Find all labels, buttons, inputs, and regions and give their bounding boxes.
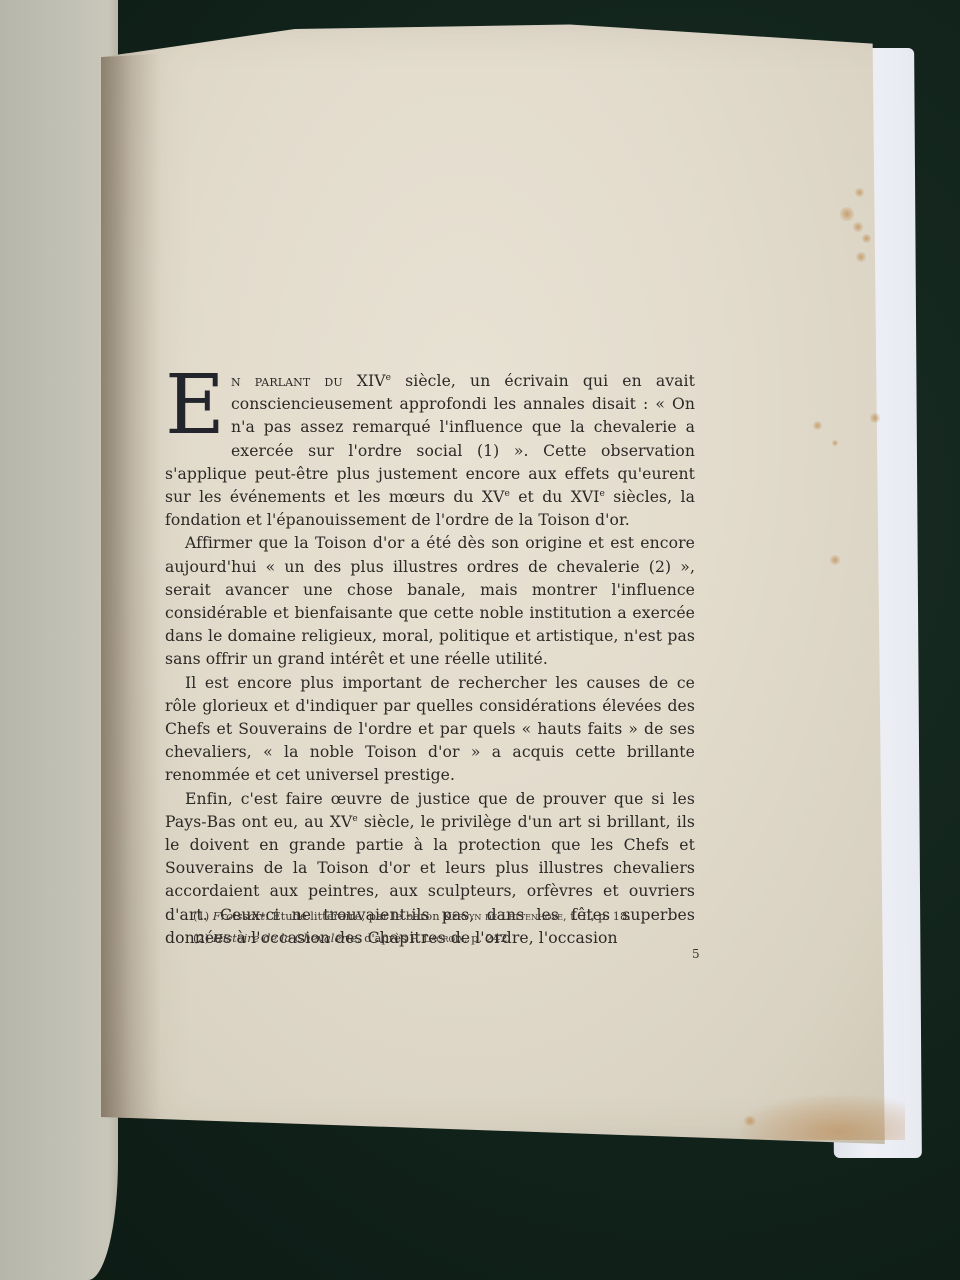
foxing-spot (853, 222, 863, 232)
footnote-text: , t. II, p. 18. (563, 909, 631, 923)
footnote-text: . Étude littéraire, par le baron (265, 909, 443, 923)
footnote-marker: (1) (193, 909, 209, 923)
page-number: 5 (692, 947, 700, 961)
foxing-spot (855, 188, 864, 197)
footnote-marker: (2) (193, 931, 209, 945)
paragraph-1-lead: n parlant du XIV (231, 372, 386, 390)
foxing-stain (740, 1095, 905, 1140)
foxing-spot (870, 413, 880, 423)
paragraph-3: Il est encore plus important de recherch… (165, 672, 695, 788)
footnote-1: (1) Froissart. Étude littéraire, par le … (193, 905, 713, 927)
body-text: En parlant du XIVe siècle, un écrivain q… (165, 370, 695, 950)
drop-cap: E (165, 374, 225, 440)
photo-scene: En parlant du XIVe siècle, un écrivain q… (0, 0, 960, 1280)
paragraph-1-text-b: et du XVI (510, 488, 600, 506)
footnote-author: Kervyn de Lettenhove (443, 909, 563, 923)
foxing-spot (856, 252, 866, 262)
left-facing-page (0, 0, 118, 1280)
foxing-spot (862, 234, 871, 243)
footnote-author: P. Lacroix (410, 931, 464, 945)
footnote-2: (2) Histoire de la Chevalerie, d'après P… (193, 927, 713, 949)
footnote-text: , p. 242. (464, 931, 511, 945)
paragraph-1: En parlant du XIVe siècle, un écrivain q… (165, 370, 695, 532)
foxing-spot (840, 207, 854, 221)
footnote-text: , d'après (357, 931, 410, 945)
footnotes: (1) Froissart. Étude littéraire, par le … (193, 905, 713, 949)
footnote-title: Histoire de la Chevalerie (213, 931, 357, 945)
paragraph-1-text-a: siècle, un écrivain qui en avait conscie… (165, 372, 695, 506)
foxing-spot (832, 440, 838, 446)
footnote-title: Froissart (213, 909, 265, 923)
paragraph-2: Affirmer que la Toison d'or a été dès so… (165, 532, 695, 671)
foxing-spot (813, 421, 822, 430)
foxing-spot (830, 555, 840, 565)
